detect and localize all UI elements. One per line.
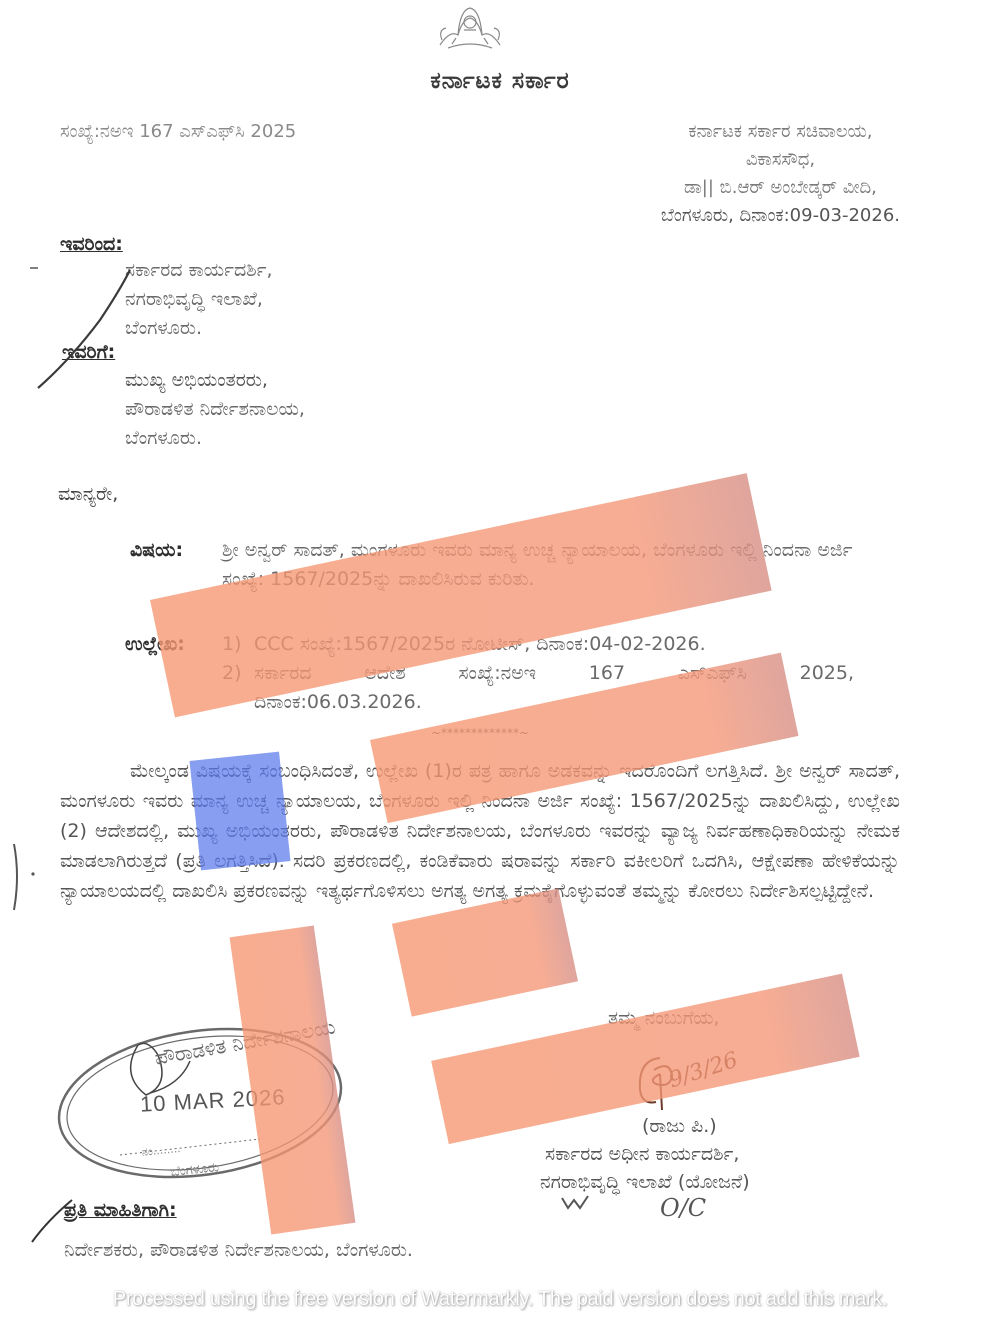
stamp-bottom-text: ಬೆಂಗಳೂರು [170,1160,220,1180]
subject-text: ಶ್ರೀ ಅನ್ವರ್ ಸಾದತ್, ಮಂಗಳೂರು ಇವರು ಮಾನ್ಯ ಉಚ… [222,536,857,594]
separator: ~*************~ [0,726,960,740]
reference-item-continued: ದಿನಾಂಕ:06.03.2026. [222,688,862,717]
signatory-name: (ರಾಜು ಪಿ.) [642,1112,717,1140]
reference-item: 2) ಸರ್ಕಾರದ ಆದೇಶ ಸಂಖ್ಯೆ:ನಅಇ 167 ಎಸ್‌ಎಫ್‌ಸ… [222,659,862,688]
copy-to-text: ನಿರ್ದೇಶಕರು, ಪೌರಾಡಳಿತ ನಿರ್ದೇಶನಾಲಯ, ಬೆಂಗಳೂ… [64,1236,413,1264]
address-line: ವಿಕಾಸಸೌಧ, [661,146,900,174]
stamp-number-prefix: ನಂ........ [141,1142,181,1159]
reference-item: 1) CCC ಸಂಖ್ಯೆ:1567/2025ರ ನೋಟೀಸ್, ದಿನಾಂಕ:… [222,630,862,659]
to-line: ಬೆಂಗಳೂರು. [125,424,305,453]
redaction-overlay [392,888,578,1016]
salutation: ಮಾನ್ಯರೇ, [58,480,118,508]
reference-number: 2) [222,659,254,688]
handwritten-scribble [560,1192,610,1212]
watermark-text: Processed using the free version of Wate… [0,1288,1000,1311]
closing: ತಮ್ಮ ನಂಬುಗೆಯ, [608,1004,719,1032]
address-line: ಡಾ|| ಬಿ.ಆರ್ ಅಂಬೇಡ್ಕರ್ ವೀದಿ, [661,174,900,202]
margin-bracket-mark [8,840,38,915]
body-paragraph: ಮೇಲ್ಕಂಡ ವಿಷಯಕ್ಕೆ ಸಂಬಂಧಿಸಿದಂತೆ, ಉಲ್ಲೇಖ (1… [60,756,900,906]
pen-stroke-mark [30,250,150,400]
reference-number: 1) [222,630,254,659]
address-line: ಬೆಂಗಳೂರು, ದಿನಾಂಕ:09-03-2026. [661,202,900,230]
body-text: ಮೇಲ್ಕಂಡ ವಿಷಯಕ್ಕೆ ಸಂಬಂಧಿಸಿದಂತೆ, ಉಲ್ಲೇಖ (1… [60,756,900,906]
signatory-designation: ಸರ್ಕಾರದ ಅಧೀನ ಕಾರ್ಯದರ್ಶಿ, [545,1140,739,1168]
stamp-top-text: ಪೌರಾಡಳಿತ ನಿರ್ದೇಶನಾಲಯ [153,1015,337,1070]
government-title: ಕರ್ನಾಟಕ ಸರ್ಕಾರ [0,68,1000,94]
reference-text: ಸರ್ಕಾರದ ಆದೇಶ ಸಂಖ್ಯೆ:ನಅಇ 167 ಎಸ್‌ಎಫ್‌ಸಿ 2… [254,659,854,688]
copy-to-label: ಪ್ರತಿ ಮಾಹಿತಿಗಾಗಿ: [64,1196,177,1224]
references-list: 1) CCC ಸಂಖ್ಯೆ:1567/2025ರ ನೋಟೀಸ್, ದಿನಾಂಕ:… [222,630,862,717]
reference-text-continued: ದಿನಾಂಕ:06.03.2026. [254,688,854,717]
subject-label: ವಿಷಯ: [130,536,183,564]
handwritten-initials: O/C [660,1194,706,1222]
state-emblem-icon [430,0,510,52]
reference-text: CCC ಸಂಖ್ಯೆ:1567/2025ರ ನೋಟೀಸ್, ದಿನಾಂಕ:04-… [254,630,854,659]
address-line: ಕರ್ನಾಟಕ ಸರ್ಕಾರ ಸಚಿವಾಲಯ, [661,118,900,146]
to-line: ಪೌರಾಡಳಿತ ನಿರ್ದೇಶನಾಲಯ, [125,395,305,424]
references-label: ಉಲ್ಲೇಖ: [125,630,185,658]
reference-number: ಸಂಖ್ಯೆ:ನಅಇ 167 ಎಸ್‌ಎಫ್‌ಸಿ 2025 [60,118,296,146]
to-block: ಮುಖ್ಯ ಅಭಿಯಂತರರು, ಪೌರಾಡಳಿತ ನಿರ್ದೇಶನಾಲಯ, ಬ… [125,366,305,453]
to-line: ಮುಖ್ಯ ಅಭಿಯಂತರರು, [125,366,305,395]
sender-address: ಕರ್ನಾಟಕ ಸರ್ಕಾರ ಸಚಿವಾಲಯ, ವಿಕಾಸಸೌಧ, ಡಾ|| ಬ… [661,118,900,230]
